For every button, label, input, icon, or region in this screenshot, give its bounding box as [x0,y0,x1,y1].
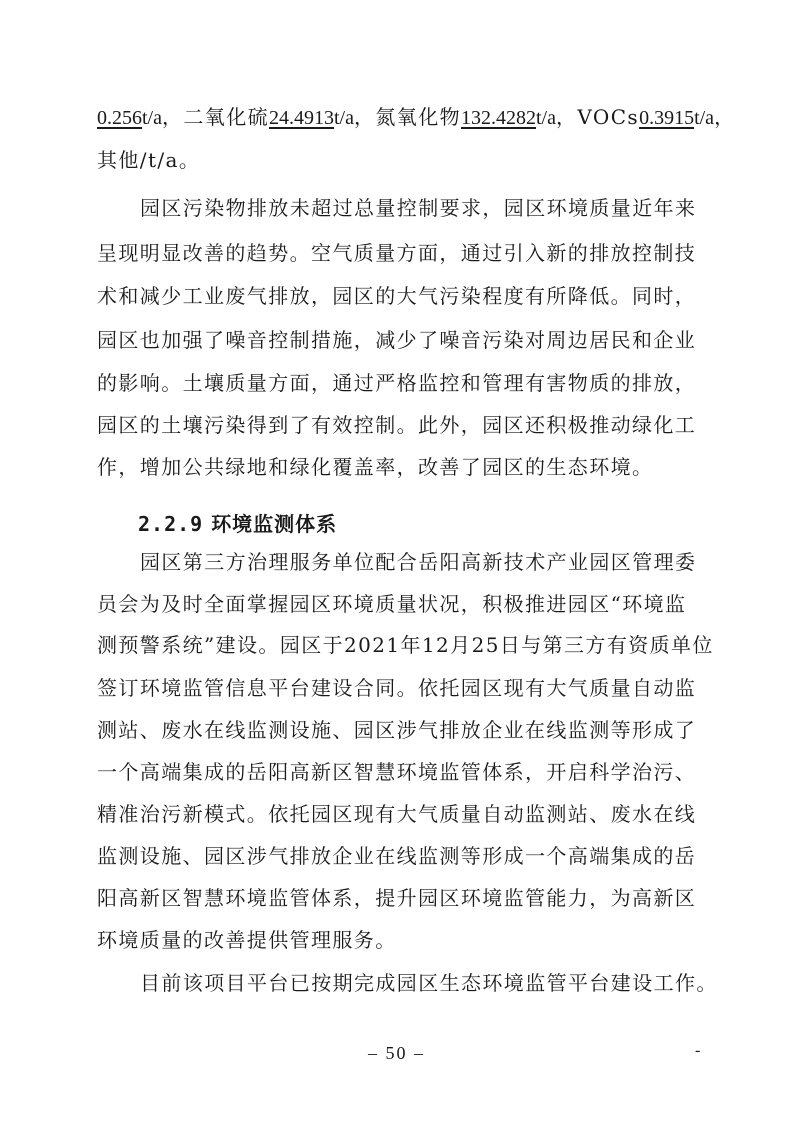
emission-value: 0.256 [97,107,142,129]
paragraph-line: 签订环境监管信息平台建设合同。依托园区现有大气质量自动监 [97,673,717,703]
paragraph-line: 园区污染物排放未超过总量控制要求，园区环境质量近年来 [140,193,760,223]
nox-value: 132.4282 [461,107,536,129]
unit: t/a [334,107,354,129]
paragraph-line: 精准治污新模式。依托园区现有大气质量自动监测站、废水在线 [97,799,717,829]
other-emissions-line: 其他/t/a。 [97,145,717,175]
paragraph-line: 阳高新区智慧环境监管体系，提升园区环境监管能力，为高新区 [97,883,717,913]
paragraph-line: 作，增加公共绿地和绿化覆盖率，改善了园区的生态环境。 [97,452,717,482]
section-title: 环境监测体系 [211,512,337,536]
paragraph-line: 园区第三方治理服务单位配合岳阳高新技术产业园区管理委 [140,547,760,577]
paragraph-line: 呈现明显改善的趋势。空气质量方面，通过引入新的排放控制技 [97,238,717,268]
nox-label: ，氮氧化物 [354,105,461,129]
paragraph-line: 测预警系统”建设。园区于2021年12月25日与第三方有资质单位 [97,630,717,660]
paragraph-line: 一个高端集成的岳阳高新区智慧环境监管体系，开启科学治污、 [97,757,717,787]
paragraph-line: 员会为及时全面掌握园区环境质量状况，积极推进园区“环境监 [97,589,717,619]
emissions-line: 0.256t/a，二氧化硫24.4913t/a，氮氧化物132.4282t/a，… [97,102,717,132]
so2-value: 24.4913 [269,107,334,129]
document-page: 0.256t/a，二氧化硫24.4913t/a，氮氧化物132.4282t/a，… [0,0,793,1122]
page-number: – 50 – [0,1043,793,1064]
paragraph-line: 园区的土壤污染得到了有效控制。此外，园区还积极推动绿化工 [97,410,717,440]
paragraph-line: 测站、废水在线监测设施、园区涉气排放企业在线监测等形成了 [97,715,717,745]
paragraph-line: 术和减少工业废气排放，园区的大气污染程度有所降低。同时， [97,281,717,311]
footer-mark: - [695,1042,700,1060]
paragraph-line: 目前该项目平台已按期完成园区生态环境监管平台建设工作。 [140,968,760,998]
so2-label: ，二氧化硫 [162,105,269,129]
vocs-value: 0.3915 [639,107,694,129]
unit: t/a [142,107,162,129]
section-number: 2.2.9 [138,512,203,536]
unit: t/a [536,107,556,129]
paragraph-line: 监测设施、园区涉气排放企业在线监测等形成一个高端集成的岳 [97,841,717,871]
unit: t/a [694,107,714,129]
line-tail: ， [714,105,735,129]
paragraph-line: 园区也加强了噪音控制措施，减少了噪音污染对周边居民和企业 [97,325,717,355]
paragraph-line: 的影响。土壤质量方面，通过严格监控和管理有害物质的排放， [97,368,717,398]
paragraph-line: 环境质量的改善提供管理服务。 [97,925,717,955]
vocs-label: ，VOCs [556,105,639,129]
section-heading: 2.2.9 环境监测体系 [138,509,337,539]
